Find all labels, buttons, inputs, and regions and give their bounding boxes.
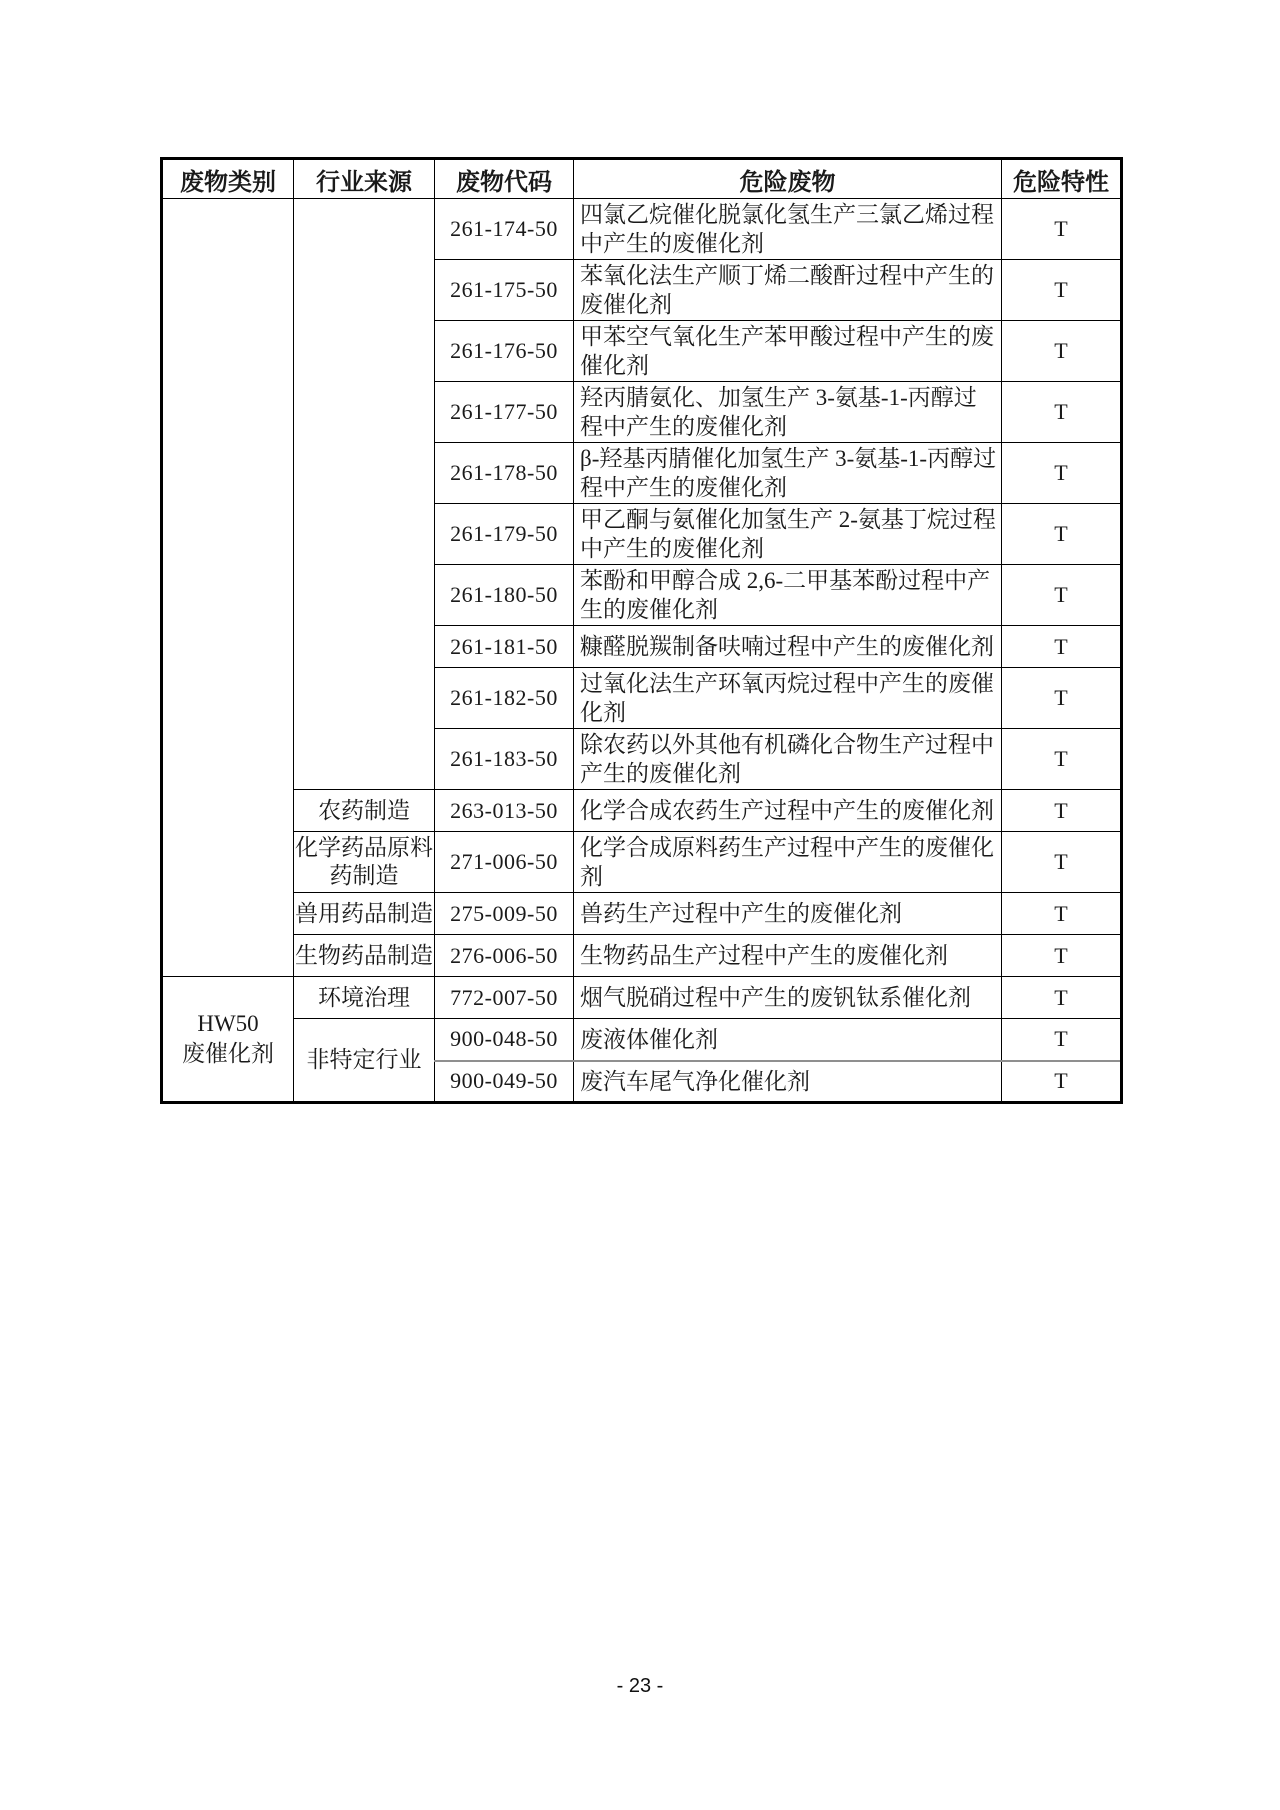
col-header-waste-code: 废物代码	[435, 159, 574, 199]
col-header-industry-source: 行业来源	[294, 159, 435, 199]
industry-source-cell: 生物药品制造	[294, 935, 435, 977]
hazardous-waste-cell: 甲乙酮与氨催化加氢生产 2-氨基丁烷过程中产生的废催化剂	[574, 504, 1002, 565]
hazardous-waste-cell: 甲苯空气氧化生产苯甲酸过程中产生的废催化剂	[574, 321, 1002, 382]
col-header-hazardous-waste: 危险废物	[574, 159, 1002, 199]
waste-code-cell: 261-178-50	[435, 443, 574, 504]
waste-code-cell: 261-182-50	[435, 668, 574, 729]
hazard-trait-cell: T	[1002, 565, 1122, 626]
table-row: 农药制造 263-013-50 化学合成农药生产过程中产生的废催化剂 T	[162, 790, 1122, 832]
hazard-trait-cell: T	[1002, 1061, 1122, 1103]
waste-code-cell: 271-006-50	[435, 832, 574, 893]
waste-code-cell: 261-183-50	[435, 729, 574, 790]
waste-code-cell: 261-180-50	[435, 565, 574, 626]
waste-category-code: HW50	[165, 1009, 291, 1039]
hazard-trait-cell: T	[1002, 321, 1122, 382]
hazardous-waste-cell: 化学合成农药生产过程中产生的废催化剂	[574, 790, 1002, 832]
col-header-waste-category: 废物类别	[162, 159, 294, 199]
table-row: 非特定行业 900-048-50 废液体催化剂 T	[162, 1019, 1122, 1061]
waste-code-cell: 263-013-50	[435, 790, 574, 832]
hazard-trait-cell: T	[1002, 504, 1122, 565]
hazardous-waste-cell: 兽药生产过程中产生的废催化剂	[574, 893, 1002, 935]
industry-source-empty-cell	[294, 199, 435, 790]
hazardous-waste-cell: 苯氧化法生产顺丁烯二酸酐过程中产生的废催化剂	[574, 260, 1002, 321]
waste-code-cell: 261-174-50	[435, 199, 574, 260]
hazardous-waste-cell: 羟丙腈氨化、加氢生产 3-氨基-1-丙醇过程中产生的废催化剂	[574, 382, 1002, 443]
waste-code-cell: 772-007-50	[435, 977, 574, 1019]
hazard-trait-cell: T	[1002, 199, 1122, 260]
hazardous-waste-cell: 四氯乙烷催化脱氯化氢生产三氯乙烯过程中产生的废催化剂	[574, 199, 1002, 260]
hazardous-waste-cell: 烟气脱硝过程中产生的废钒钛系催化剂	[574, 977, 1002, 1019]
hazard-trait-cell: T	[1002, 977, 1122, 1019]
hazard-trait-cell: T	[1002, 1019, 1122, 1061]
waste-category-name: 废催化剂	[165, 1039, 291, 1069]
hazard-trait-cell: T	[1002, 626, 1122, 668]
hazardous-waste-cell: 生物药品生产过程中产生的废催化剂	[574, 935, 1002, 977]
hazardous-waste-cell: 过氧化法生产环氧丙烷过程中产生的废催化剂	[574, 668, 1002, 729]
hazard-trait-cell: T	[1002, 935, 1122, 977]
waste-code-cell: 261-181-50	[435, 626, 574, 668]
waste-code-cell: 261-177-50	[435, 382, 574, 443]
table-row: 261-174-50 四氯乙烷催化脱氯化氢生产三氯乙烯过程中产生的废催化剂 T	[162, 199, 1122, 260]
waste-code-cell: 900-048-50	[435, 1019, 574, 1061]
table-row: 生物药品制造 276-006-50 生物药品生产过程中产生的废催化剂 T	[162, 935, 1122, 977]
table-header-row: 废物类别 行业来源 废物代码 危险废物 危险特性	[162, 159, 1122, 199]
waste-code-cell: 261-179-50	[435, 504, 574, 565]
hazard-trait-cell: T	[1002, 832, 1122, 893]
table-row: HW50 废催化剂 环境治理 772-007-50 烟气脱硝过程中产生的废钒钛系…	[162, 977, 1122, 1019]
table-row: 化学药品原料药制造 271-006-50 化学合成原料药生产过程中产生的废催化剂…	[162, 832, 1122, 893]
hazard-trait-cell: T	[1002, 443, 1122, 504]
hazardous-waste-cell: 苯酚和甲醇合成 2,6-二甲基苯酚过程中产生的废催化剂	[574, 565, 1002, 626]
industry-source-cell: 环境治理	[294, 977, 435, 1019]
hazard-trait-cell: T	[1002, 668, 1122, 729]
document-page: 废物类别 行业来源 废物代码 危险废物 危险特性 261-174-50 四氯乙烷…	[0, 0, 1280, 1810]
waste-code-cell: 276-006-50	[435, 935, 574, 977]
waste-code-cell: 900-049-50	[435, 1061, 574, 1103]
waste-code-cell: 275-009-50	[435, 893, 574, 935]
hazard-trait-cell: T	[1002, 382, 1122, 443]
waste-code-cell: 261-176-50	[435, 321, 574, 382]
hazard-trait-cell: T	[1002, 729, 1122, 790]
industry-source-cell: 非特定行业	[294, 1019, 435, 1103]
hazard-trait-cell: T	[1002, 260, 1122, 321]
industry-source-cell: 化学药品原料药制造	[294, 832, 435, 893]
waste-category-cell: HW50 废催化剂	[162, 977, 294, 1103]
hazardous-waste-cell: 化学合成原料药生产过程中产生的废催化剂	[574, 832, 1002, 893]
table-row: 兽用药品制造 275-009-50 兽药生产过程中产生的废催化剂 T	[162, 893, 1122, 935]
waste-category-empty-cell	[162, 199, 294, 977]
col-header-hazard-trait: 危险特性	[1002, 159, 1122, 199]
industry-source-cell: 农药制造	[294, 790, 435, 832]
hazardous-waste-table: 废物类别 行业来源 废物代码 危险废物 危险特性 261-174-50 四氯乙烷…	[160, 157, 1123, 1104]
hazardous-waste-cell: β-羟基丙腈催化加氢生产 3-氨基-1-丙醇过程中产生的废催化剂	[574, 443, 1002, 504]
page-number: - 23 -	[0, 1675, 1280, 1698]
hazard-trait-cell: T	[1002, 893, 1122, 935]
hazardous-waste-cell: 糠醛脱羰制备呋喃过程中产生的废催化剂	[574, 626, 1002, 668]
hazardous-waste-cell: 除农药以外其他有机磷化合物生产过程中产生的废催化剂	[574, 729, 1002, 790]
waste-code-cell: 261-175-50	[435, 260, 574, 321]
industry-source-cell: 兽用药品制造	[294, 893, 435, 935]
hazardous-waste-cell: 废液体催化剂	[574, 1019, 1002, 1061]
hazardous-waste-cell: 废汽车尾气净化催化剂	[574, 1061, 1002, 1103]
hazard-trait-cell: T	[1002, 790, 1122, 832]
